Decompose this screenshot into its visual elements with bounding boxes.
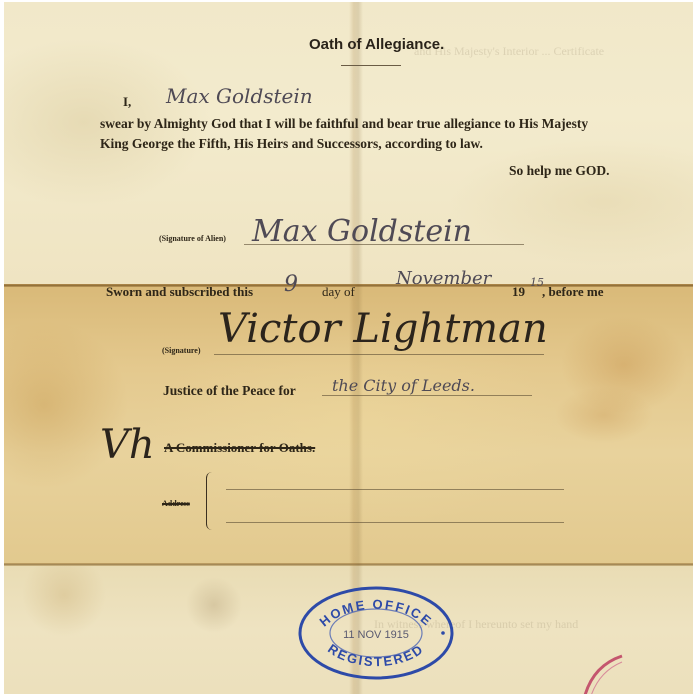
signature-line [214, 354, 544, 355]
address-brace [206, 472, 215, 530]
closing-line: So help me GOD. [509, 163, 610, 179]
address-label: Address [162, 499, 190, 508]
justice-label: Justice of the Peace for [163, 383, 296, 399]
document-title: Oath of Allegiance. [309, 36, 444, 53]
svg-text:11 NOV 1915: 11 NOV 1915 [343, 629, 409, 641]
title-rule [341, 65, 401, 66]
jurisdiction-line [322, 395, 532, 396]
alien-signature-label: (Signature of Alien) [159, 234, 226, 243]
red-stamp-fragment [582, 654, 642, 694]
sworn-year-prefix: 19 [512, 284, 525, 300]
witness-signature-label: (Signature) [162, 346, 201, 355]
commissioner-struck: A Commissioner for Oaths. [164, 440, 315, 456]
sworn-day: 9 [284, 272, 298, 297]
address-line-2 [226, 522, 564, 523]
sworn-day-label: day of [322, 284, 355, 300]
oath-text-line1: swear by Almighty God that I will be fai… [100, 116, 588, 132]
oath-text-line2: King George the Fifth, His Heirs and Suc… [100, 136, 483, 152]
oath-prefix: I, [123, 94, 131, 110]
oath-name-handwritten: Max Goldstein [166, 84, 313, 108]
red-stamp-icon [582, 654, 642, 694]
svg-text:REGISTERED: REGISTERED [325, 641, 427, 669]
home-office-stamp: HOME OFFICE REGISTERED 11 NOV 1915 [296, 585, 456, 681]
svg-text:HOME OFFICE: HOME OFFICE [316, 597, 435, 630]
sworn-month: November [396, 268, 491, 289]
sworn-suffix: , before me [542, 284, 603, 300]
justice-jurisdiction: the City of Leeds. [332, 376, 475, 395]
initials-handwritten: Vh [100, 422, 155, 468]
signature-line [244, 244, 524, 245]
stamp-icon: HOME OFFICE REGISTERED 11 NOV 1915 [296, 585, 456, 681]
witness-signature: Victor Lightman [218, 306, 548, 352]
sworn-prefix: Sworn and subscribed this [106, 284, 253, 300]
address-line-1 [226, 489, 564, 490]
document-sheet: and His Majesty's Interior ... Certifica… [4, 2, 693, 694]
